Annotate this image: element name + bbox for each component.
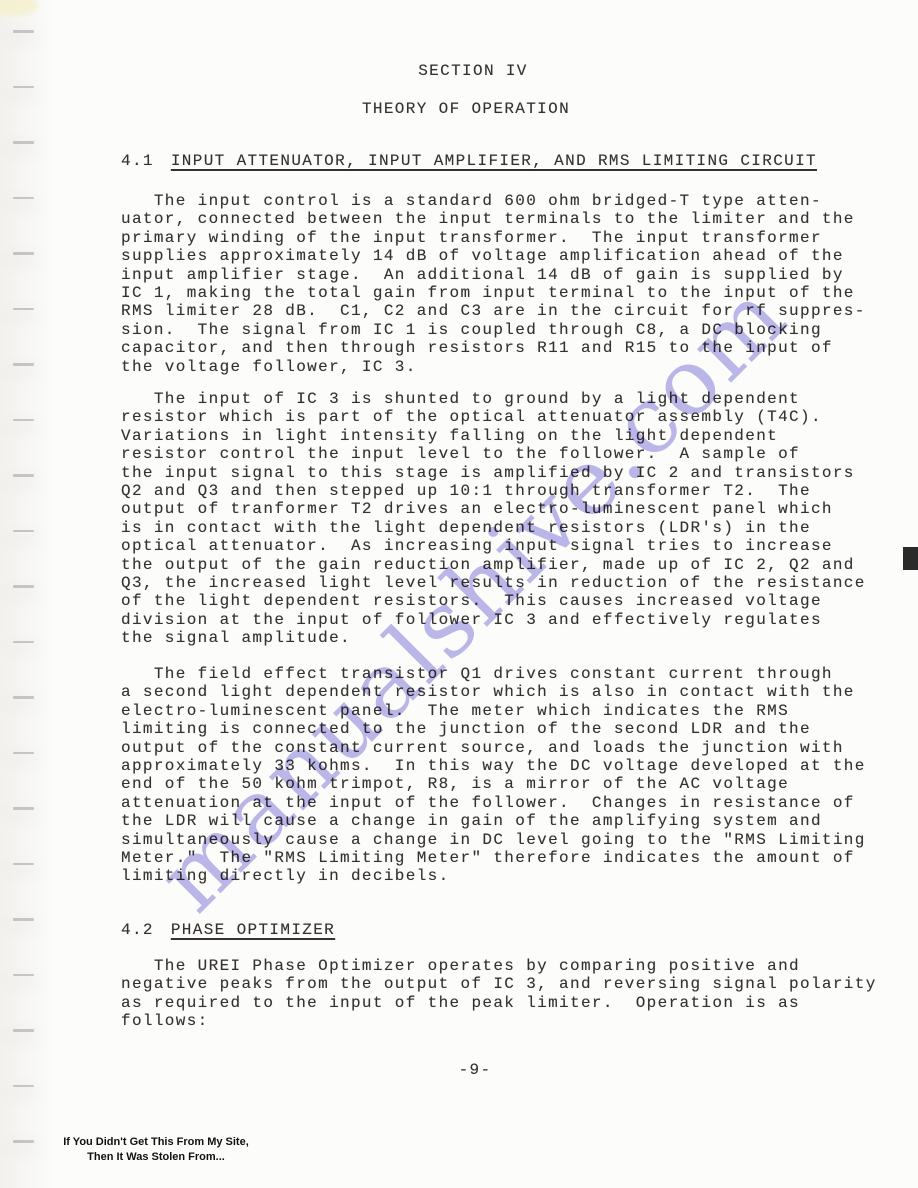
binding-mark	[13, 1085, 34, 1088]
binding-mark	[13, 1029, 34, 1032]
paragraph-fet-rms-meter: The field effect transistor Q1 drives co…	[121, 665, 866, 886]
binding-mark	[13, 530, 34, 533]
binding-mark	[13, 252, 34, 255]
paragraph-ic3-optical-attenuator: The input of IC 3 is shunted to ground b…	[121, 390, 866, 648]
binding-mark	[13, 363, 34, 366]
binding-mark	[13, 641, 34, 644]
heading-4-1-text: INPUT ATTENUATOR, INPUT AMPLIFIER, AND R…	[171, 152, 817, 170]
section-title: SECTION IV	[14, 62, 918, 80]
binding-mark	[13, 807, 34, 810]
binding-mark	[13, 863, 34, 866]
binding-mark	[13, 696, 34, 699]
heading-4-2-text: PHASE OPTIMIZER	[171, 921, 335, 939]
heading-4-1-number: 4.1	[121, 152, 154, 170]
heading-4-1: 4.1 INPUT ATTENUATOR, INPUT AMPLIFIER, A…	[121, 152, 817, 170]
section-subtitle: THEORY OF OPERATION	[7, 100, 918, 118]
page-number: -9-	[16, 1061, 918, 1079]
paragraph-phase-optimizer: The UREI Phase Optimizer operates by com…	[121, 957, 877, 1031]
stolen-notice: If You Didn't Get This From My Site, The…	[50, 1135, 262, 1165]
stolen-notice-line1: If You Didn't Get This From My Site,	[50, 1135, 262, 1150]
binding-mark	[13, 752, 34, 755]
binding-marks	[0, 0, 45, 1188]
stolen-notice-line2: Then It Was Stolen From...	[50, 1150, 262, 1165]
binding-mark	[13, 86, 34, 89]
heading-4-2: 4.2 PHASE OPTIMIZER	[121, 921, 335, 939]
binding-mark	[13, 918, 34, 921]
binding-mark	[13, 1140, 34, 1143]
binding-mark	[13, 974, 34, 977]
heading-4-2-number: 4.2	[121, 921, 154, 939]
paragraph-input-control: The input control is a standard 600 ohm …	[121, 192, 866, 376]
binding-mark	[13, 30, 34, 33]
binding-mark	[13, 419, 34, 422]
scan-edge-tab	[903, 547, 918, 570]
binding-mark	[13, 474, 34, 477]
binding-mark	[13, 141, 34, 144]
binding-mark	[13, 585, 34, 588]
binding-mark	[13, 308, 34, 311]
scanned-manual-page: SECTION IV THEORY OF OPERATION 4.1 INPUT…	[0, 0, 918, 1188]
binding-mark	[13, 197, 34, 200]
